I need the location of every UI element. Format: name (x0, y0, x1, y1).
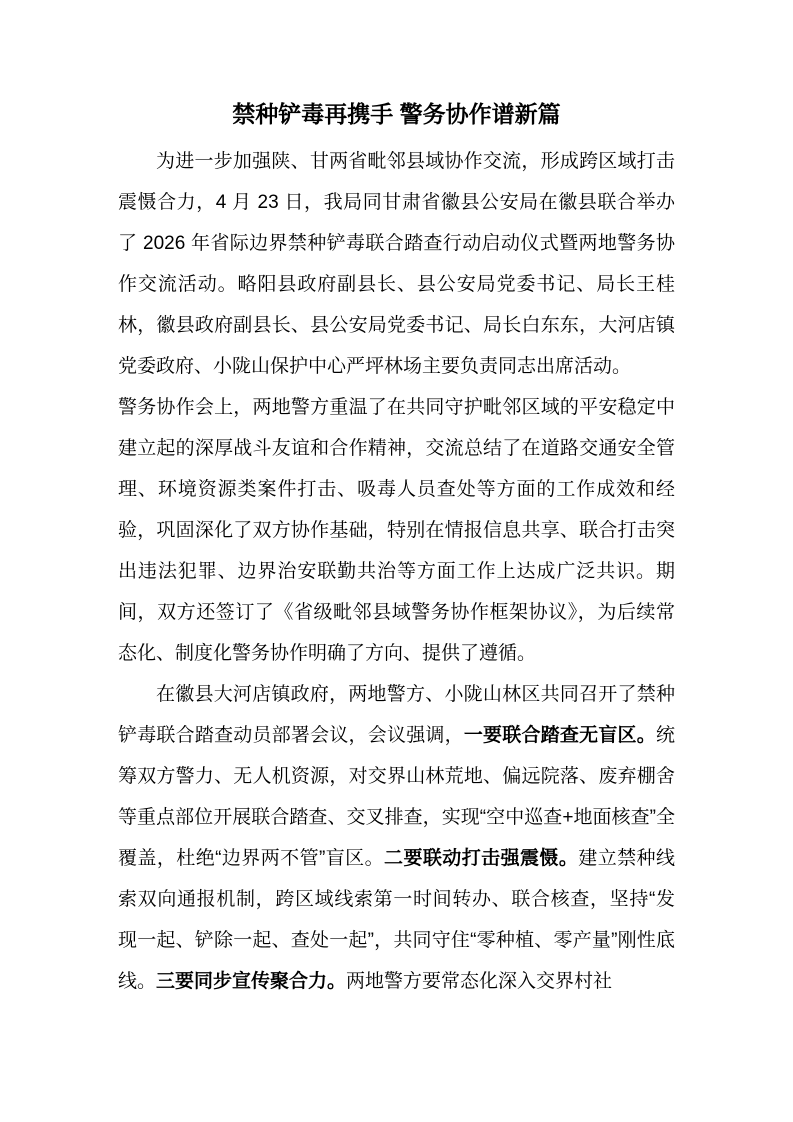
bold-text-run: 一要联合踏查无盲区。 (464, 725, 656, 746)
text-run: 为进一步加强陕、甘两省毗邻县域协作交流，形成跨区域打击震慑合力，4 月 23 日… (118, 151, 675, 377)
paragraph: 警务协作会上，两地警方重温了在共同守护毗邻区域的平安稳定中建立起的深厚战斗友谊和… (118, 387, 675, 674)
paragraph: 为进一步加强陕、甘两省毗邻县域协作交流，形成跨区域打击震慑合力，4 月 23 日… (118, 141, 675, 387)
bold-text-run: 三要同步宣传聚合力。 (156, 971, 346, 992)
text-run: 警务协作会上，两地警方重温了在共同守护毗邻区域的平安稳定中建立起的深厚战斗友谊和… (118, 397, 675, 664)
document-page: 禁种铲毒再携手 警务协作谱新篇 为进一步加强陕、甘两省毗邻县域协作交流，形成跨区… (0, 0, 793, 1122)
document-title: 禁种铲毒再携手 警务协作谱新篇 (118, 94, 675, 135)
bold-text-run: 二要联动打击强震慑。 (384, 848, 578, 869)
document-body: 为进一步加强陕、甘两省毗邻县域协作交流，形成跨区域打击震慑合力，4 月 23 日… (118, 141, 675, 1002)
text-run: 两地警方要常态化深入交界村社 (346, 971, 612, 992)
paragraph: 在徽县大河店镇政府，两地警方、小陇山林区共同召开了禁种铲毒联合踏查动员部署会议，… (118, 674, 675, 1002)
